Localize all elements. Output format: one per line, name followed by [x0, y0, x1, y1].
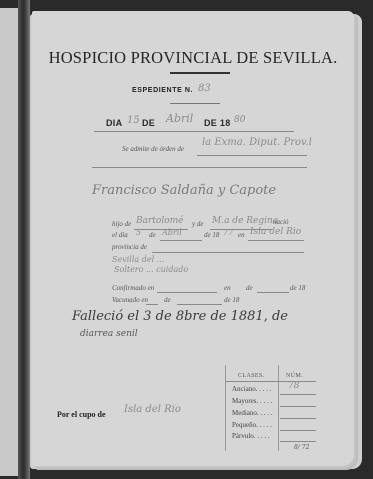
- admission-line: [197, 155, 307, 156]
- en-label: en: [238, 231, 245, 239]
- date-day: 15: [127, 115, 140, 126]
- birth-year-label: de 18: [204, 231, 219, 239]
- confirmado-de-label: de: [246, 284, 253, 292]
- date-de-label: DE: [142, 118, 155, 128]
- vacunado-day-line: [146, 304, 158, 305]
- person-name: Francisco Saldaña y Capote: [92, 183, 276, 198]
- mother-name: M.a de Regina: [212, 216, 278, 226]
- confirmado-month-line: [257, 292, 289, 293]
- el-dia-label: el dia: [112, 231, 128, 239]
- admission-label: Se admite de órden de: [122, 145, 184, 153]
- clases-row-mediano: Mediano. . . . .: [232, 409, 273, 417]
- birth-place-line: [248, 240, 304, 241]
- admission-line-2: [92, 167, 307, 168]
- num-line-3: [280, 418, 316, 419]
- birth-month: Abril: [162, 228, 182, 237]
- y-de-label: y de: [192, 220, 203, 228]
- father-name: Bartolomé: [136, 216, 183, 226]
- birth-day: 5: [136, 228, 141, 237]
- admission-value: la Exma. Diput. Prov.l: [202, 137, 312, 148]
- clases-header-rule: [226, 381, 316, 382]
- vacunado-de-label: de: [164, 296, 171, 304]
- num-line-4: [280, 430, 316, 431]
- birth-place: Isla del Rio: [250, 227, 301, 237]
- death-note-line-2: diarrea senil: [80, 329, 138, 339]
- date-year-suffix: 80: [234, 115, 245, 125]
- left-page-edge: [0, 8, 19, 476]
- birth-month-line: [160, 240, 202, 241]
- death-note-line-1: Falleció el 3 de 8bre de 1881, de: [72, 309, 288, 324]
- confirmado-year-label: de 18: [290, 284, 305, 292]
- clases-row-parvulo: Párvulo. . . . .: [232, 432, 270, 440]
- clases-tally: 8/ 72: [294, 444, 309, 451]
- expediente-number: 83: [198, 83, 211, 94]
- date-month: Abril: [166, 112, 193, 125]
- book-spine: [18, 0, 30, 479]
- expediente-rule: [170, 103, 220, 104]
- clases-row-anciano: Anciano. . . . .: [232, 385, 271, 393]
- num-header: NÚM.: [286, 373, 303, 379]
- date-year-label: DE 18: [204, 118, 231, 128]
- clases-header: CLASES.: [238, 373, 265, 379]
- confirmado-place-line: [157, 292, 217, 293]
- clases-num-anciano: 78: [288, 381, 299, 391]
- hijo-label: hijo de: [112, 220, 131, 228]
- date-rule: [94, 131, 294, 132]
- num-line-2: [280, 406, 316, 407]
- page-title: HOSPICIO PROVINCIAL DE SEVILLA.: [32, 48, 354, 68]
- note-line-2: Soltero ... cuidado: [114, 265, 188, 274]
- vacunado-month-line: [177, 304, 222, 305]
- confirmado-en-label: en: [224, 284, 231, 292]
- clases-divider: [278, 365, 279, 451]
- num-line-1: [280, 394, 316, 395]
- confirmado-label: Confirmado en: [112, 284, 154, 292]
- provincia-line: [152, 252, 304, 253]
- note-line-1: Sevilla del ...: [112, 255, 164, 264]
- dia-label: DIA: [106, 118, 122, 128]
- por-el-cupo-value: Isla del Rio: [124, 404, 181, 415]
- provincia-label: provincia de: [112, 243, 147, 251]
- vacunado-year-label: de 18: [224, 296, 239, 304]
- vacunado-label: Vacunado en: [112, 296, 148, 304]
- birth-year-suffix: 77: [223, 228, 233, 237]
- expediente-label: ESPEDIENTE N.: [132, 87, 193, 94]
- clases-row-pequeno: Pequeño. . . . .: [232, 421, 272, 429]
- por-el-cupo-label: Por el cupo de: [57, 410, 106, 419]
- birth-de-label: de: [149, 231, 156, 239]
- register-page: HOSPICIO PROVINCIAL DE SEVILLA. ESPEDIEN…: [32, 11, 354, 466]
- nacio-label: nació: [273, 218, 289, 226]
- clases-row-mayores: Mayores. . . . .: [232, 397, 272, 405]
- title-ornament-rule: [170, 72, 230, 74]
- num-line-5: [280, 441, 316, 442]
